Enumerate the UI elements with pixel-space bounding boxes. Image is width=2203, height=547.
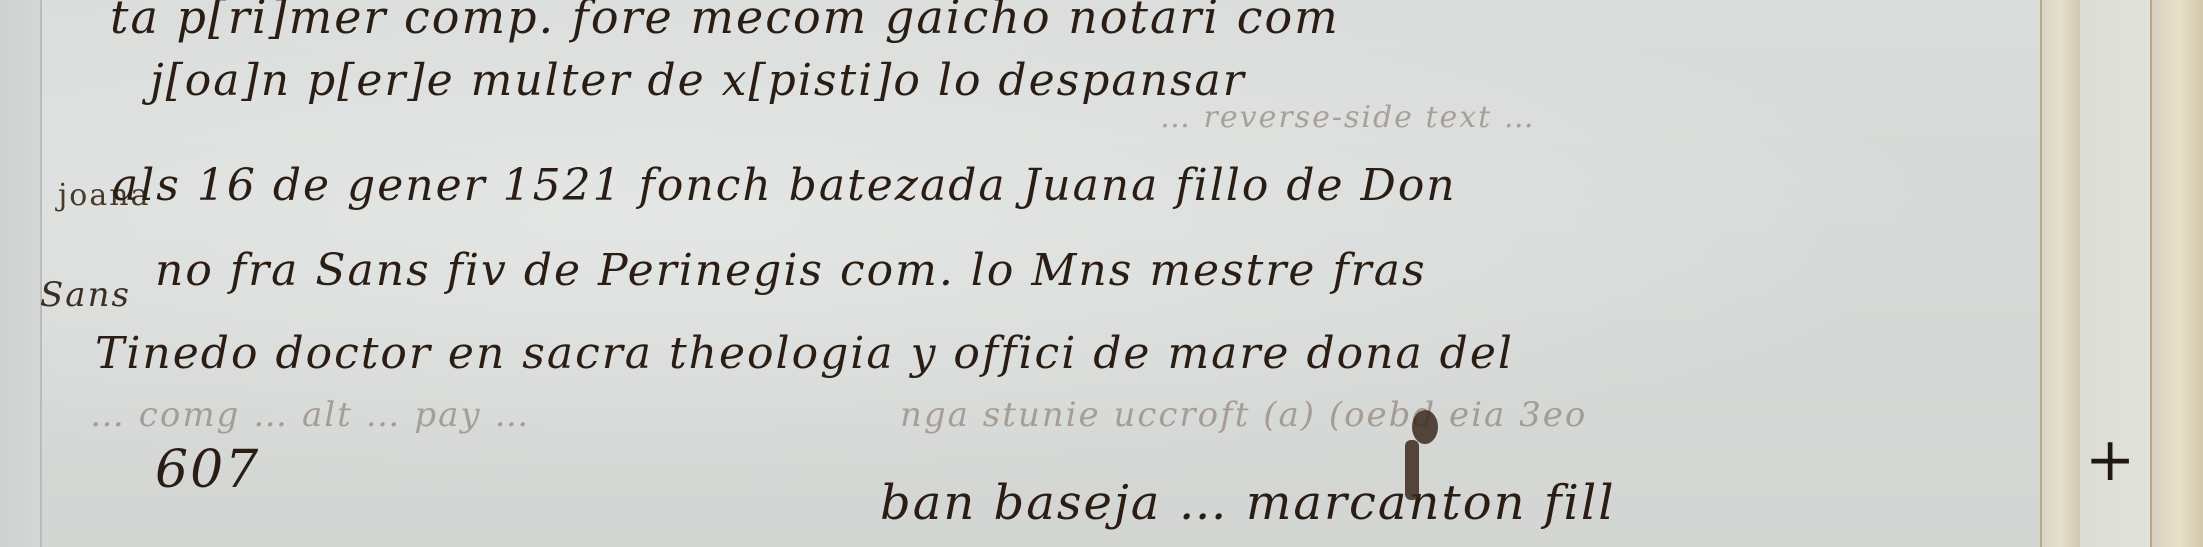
manuscript-line-1: ta p[ri]mer comp. fore mecom gaicho nota… [110,0,1340,44]
ink-drip [1405,440,1419,500]
folio-number: 607 [155,440,260,500]
manuscript-line-3: als 16 de gener 1521 fonch batezada Juan… [112,160,1457,211]
manuscript-line-5: Tinedo doctor en sacra theologia y offic… [95,328,1514,379]
manuscript-line-4: no fra Sans fiv de Perinegis com. lo Mns… [155,245,1427,296]
manuscript-line-2: j[oa]n p[er]e multer de x[pisti]o lo des… [150,55,1246,106]
page-fold [2150,0,2203,547]
ink-blot [1412,410,1438,444]
manuscript-page: … reverse-side text … … comg … alt … pay… [0,0,2203,547]
manuscript-line-7: ban baseja … marcanton fill [880,475,1616,531]
bleed-through-text: … comg … alt … pay … [90,395,530,435]
margin-note-surname: Sans [40,275,131,315]
bleed-through-text: nga stunie uccroft (a) (oebd eia 3eo [900,395,1587,435]
page-edge [0,0,42,547]
cross-mark: + [2085,425,2137,495]
page-fold [2040,0,2082,547]
